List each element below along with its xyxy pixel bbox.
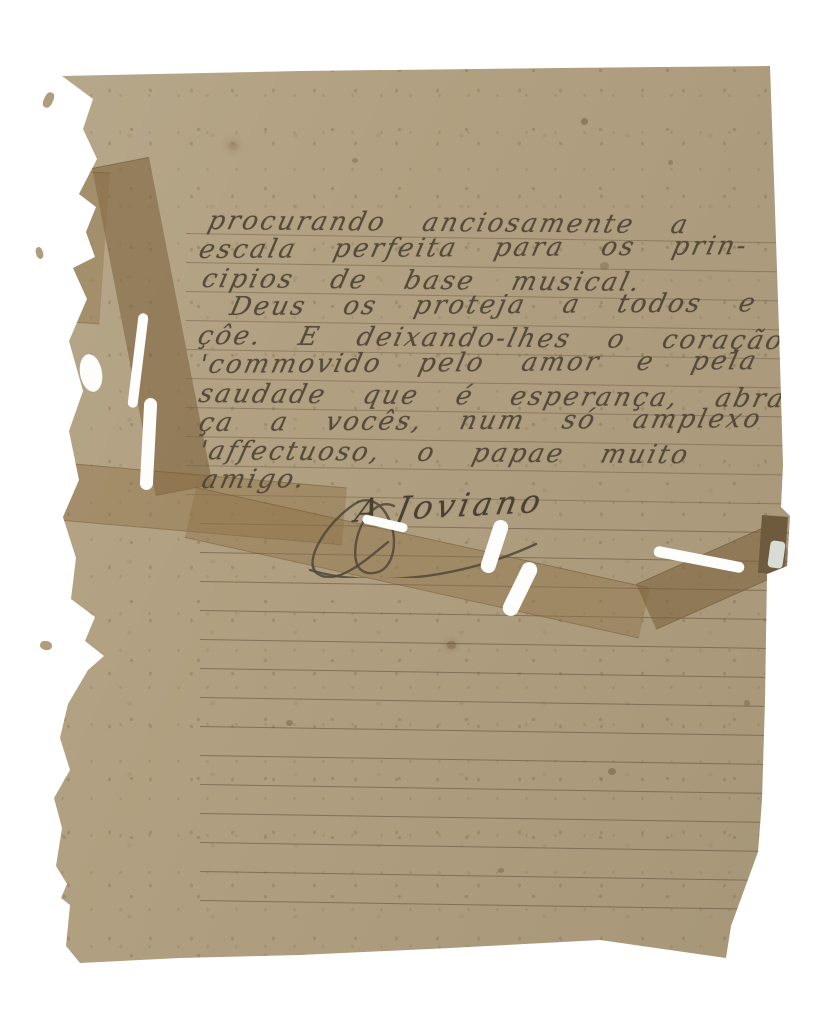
letter-paper: procurando anciosamente aescala perfeita… [0,0,829,1024]
scanned-letter-photo: procurando anciosamente aescala perfeita… [0,0,829,1024]
paper-crumb [39,640,52,651]
stain [608,768,616,775]
handwriting-line: Deus os proteja a todos e aben- [227,288,829,323]
stain [228,142,238,150]
paper-crumb [41,91,56,109]
handwriting-line: ça a vocês, num só amplexo [196,404,765,438]
handwriting-line: escala perfeita para os prin- [196,231,751,265]
stain [498,868,504,873]
paper-crumb [35,246,45,259]
stain [286,720,293,726]
stain [668,160,673,165]
handwriting-line: 'commovido pelo amor e pela [196,346,761,380]
stain [581,118,588,125]
stain [352,158,358,163]
handwriting-line: amigo. [199,464,309,495]
